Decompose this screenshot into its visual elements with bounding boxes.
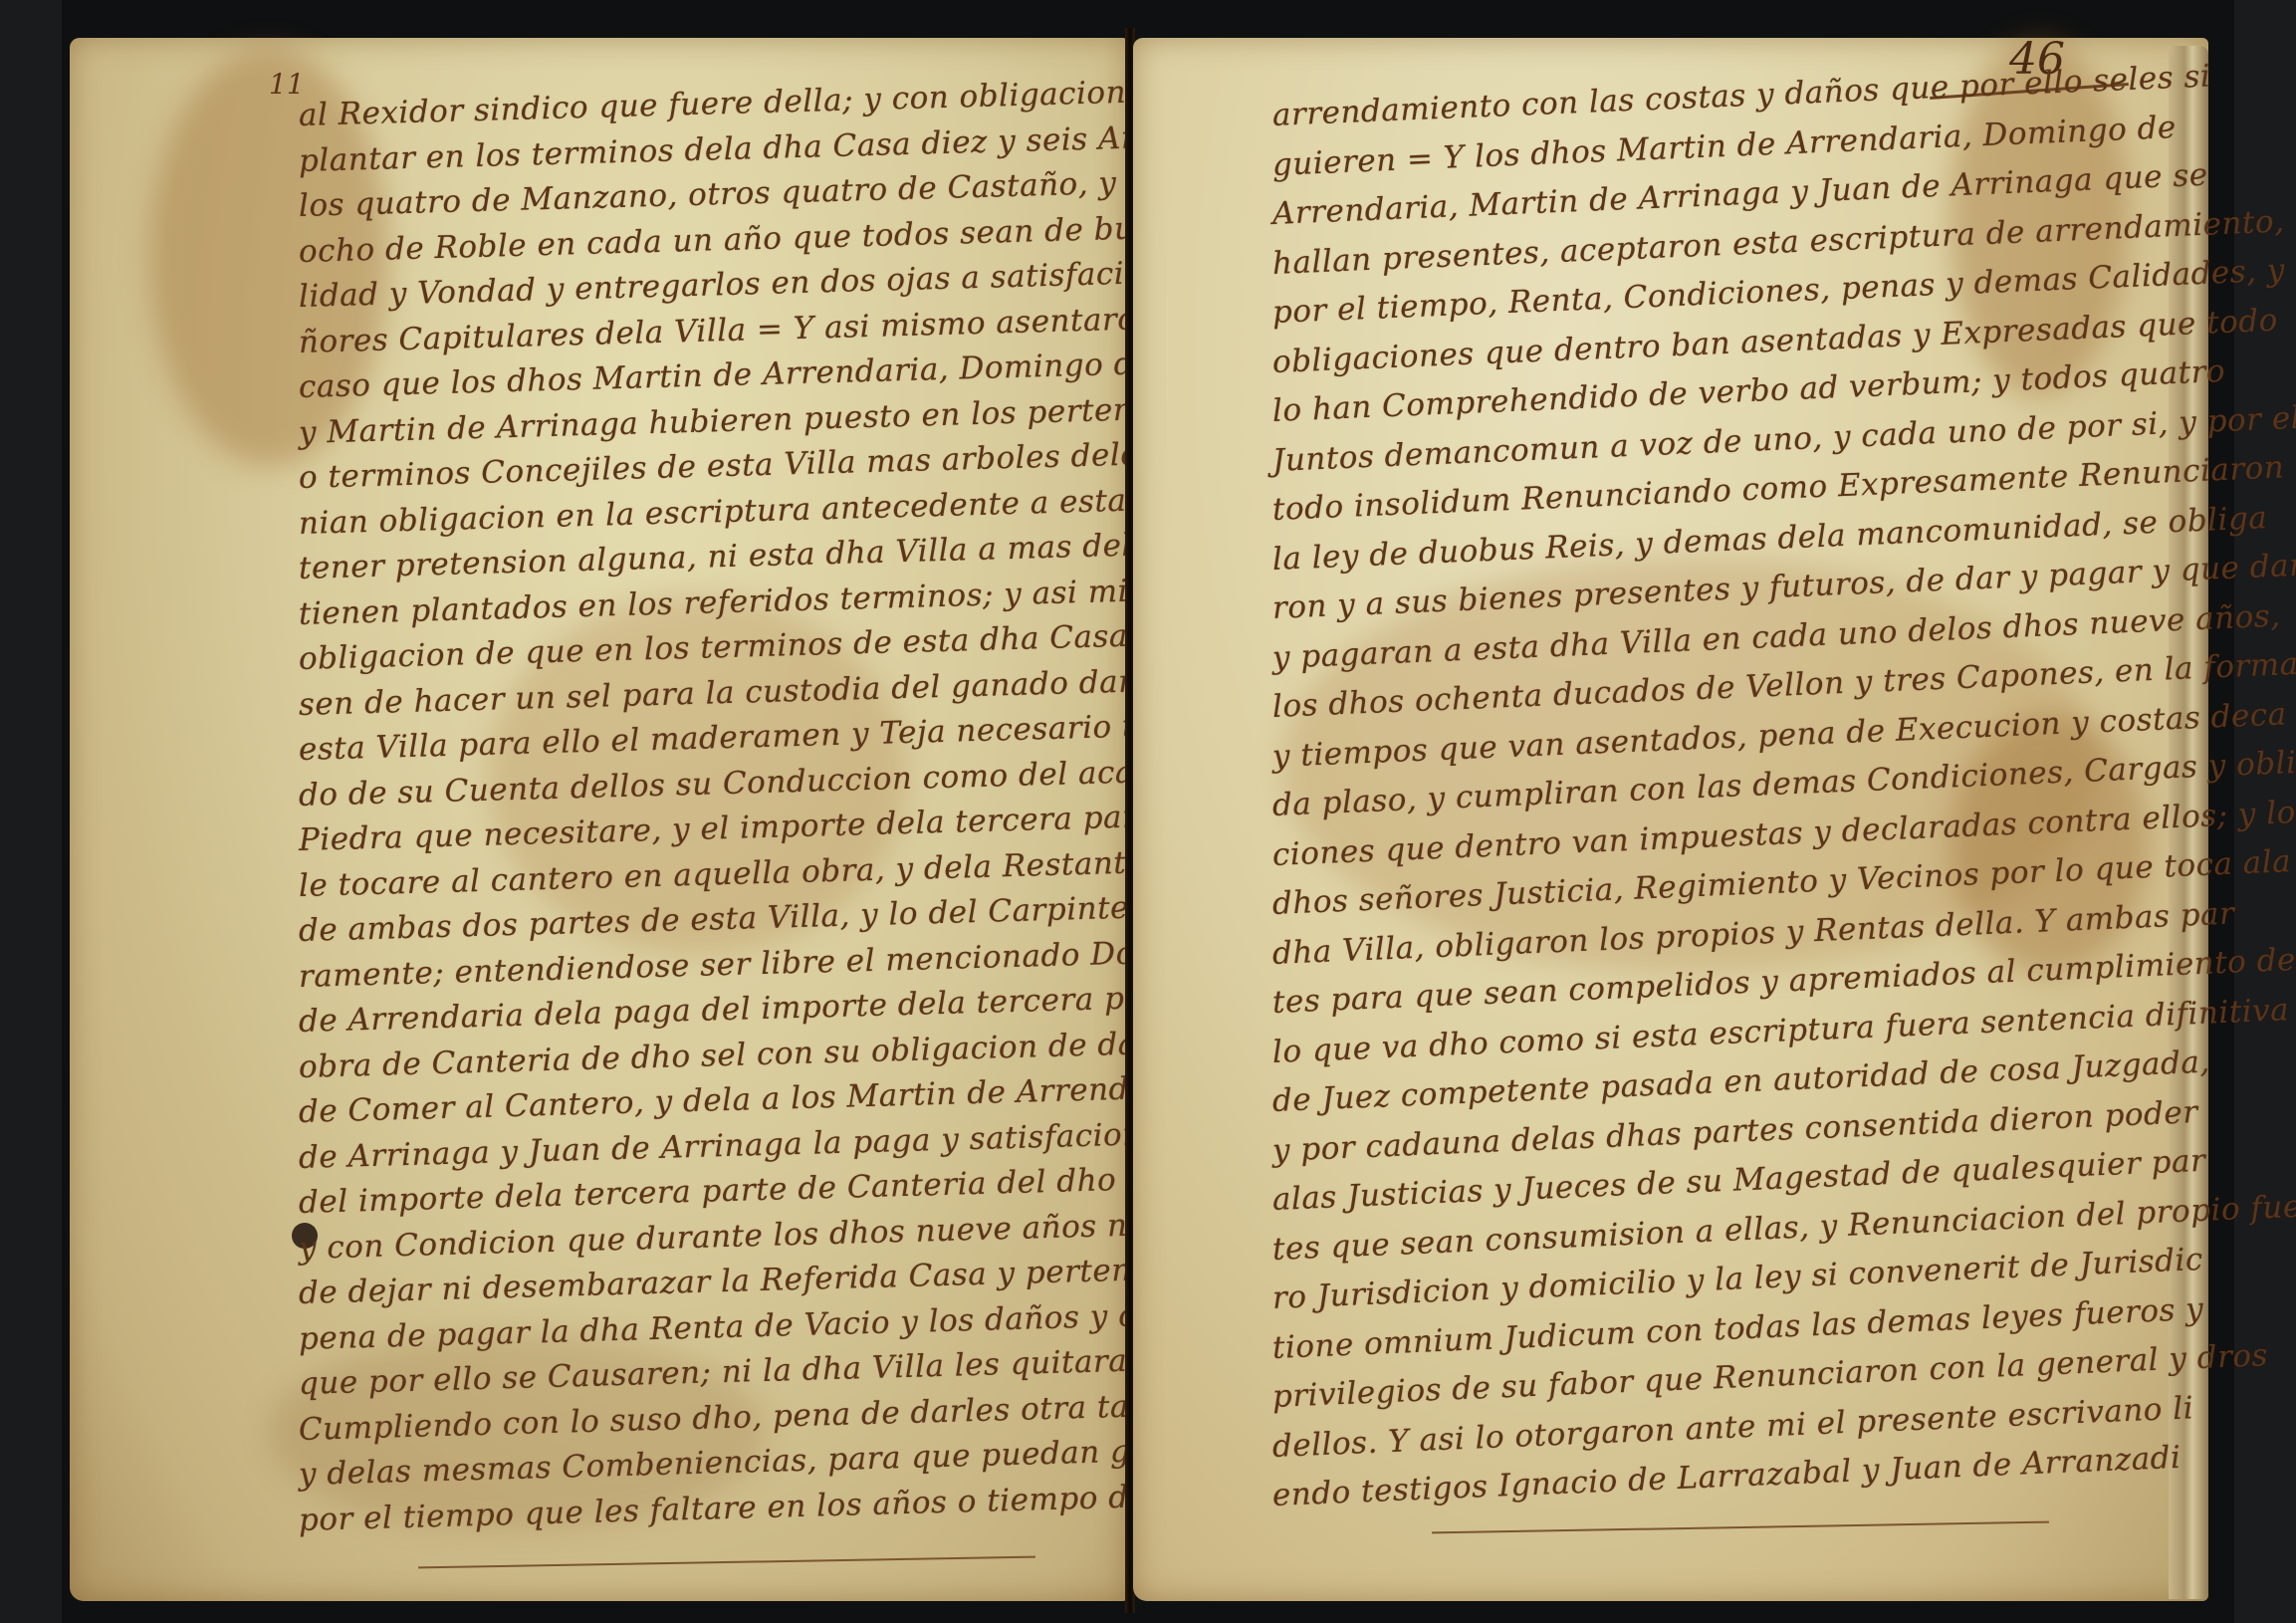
- manuscript-spread: 11 al Rexidor sindico que fuere della; y…: [70, 28, 2236, 1613]
- bottom-rule-left: [418, 1556, 1035, 1569]
- margin-mark: 11: [269, 68, 305, 101]
- right-page: 46 arrendamiento con las costas y daños …: [1133, 38, 2208, 1601]
- bottom-rule-right: [1432, 1521, 2049, 1534]
- left-frame-band: [0, 0, 62, 1623]
- left-page: 11 al Rexidor sindico que fuere della; y…: [70, 38, 1129, 1601]
- scan-viewer: 11 al Rexidor sindico que fuere della; y…: [0, 0, 2296, 1623]
